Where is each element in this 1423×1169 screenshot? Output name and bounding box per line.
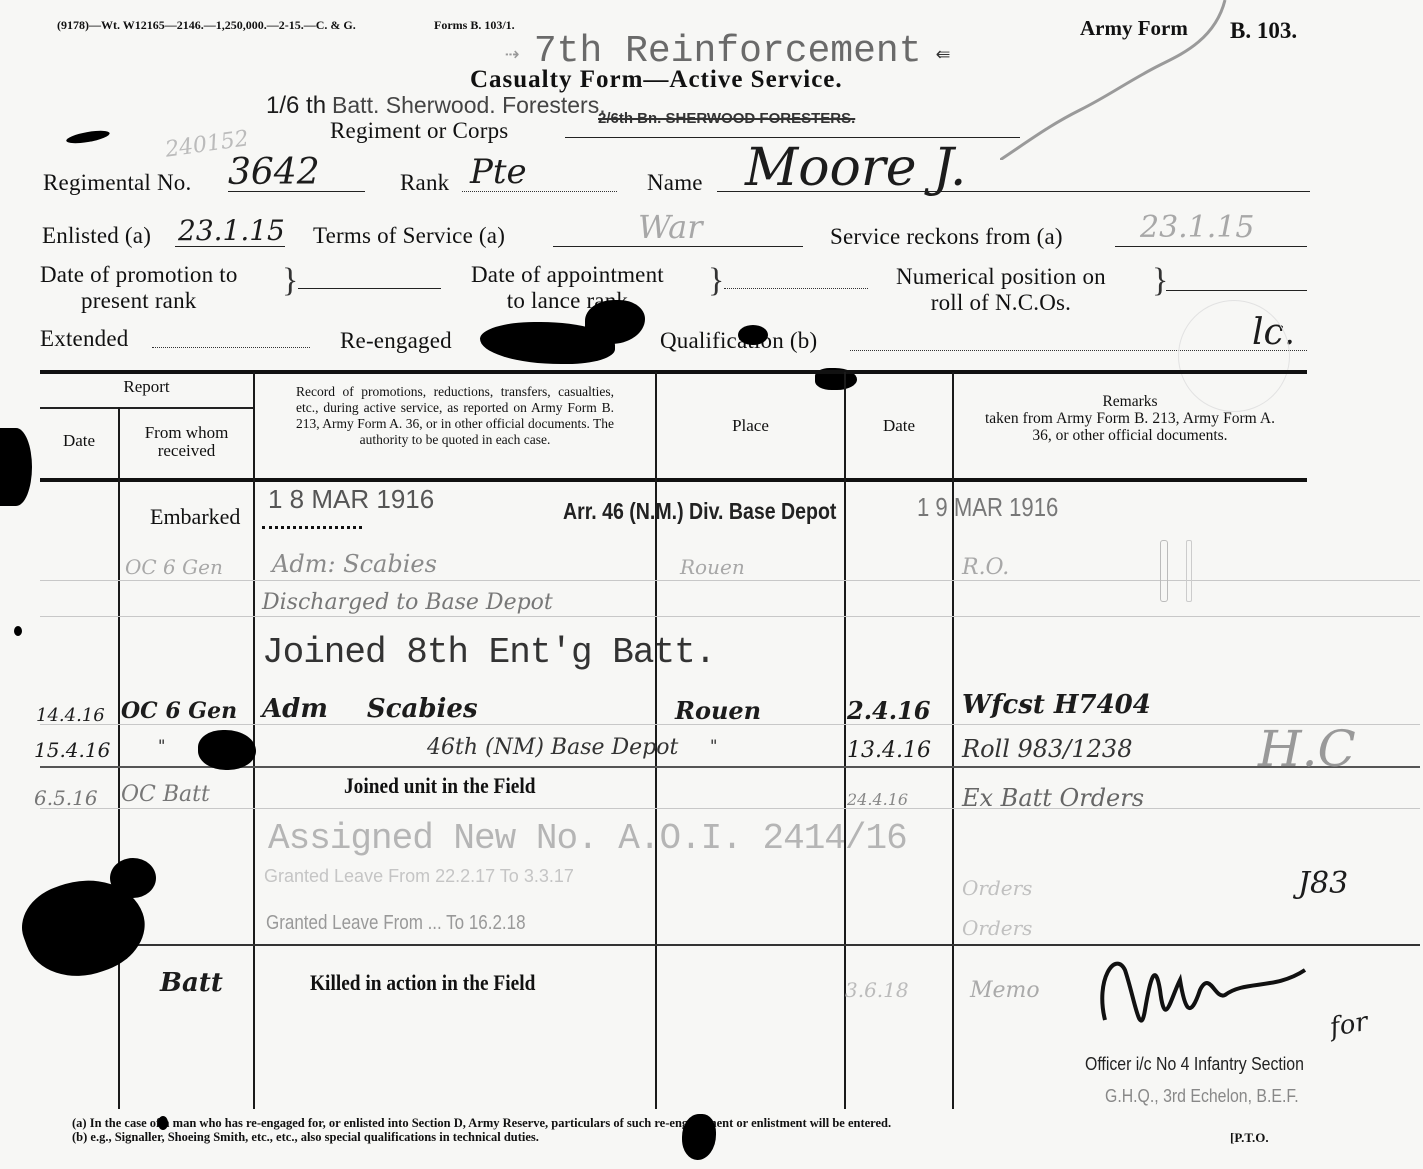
- row-remarks: Memo: [970, 978, 1040, 1003]
- brace: }: [708, 262, 724, 300]
- row-remarks: R.O.: [962, 555, 1009, 580]
- army-form-number: B. 103.: [1230, 18, 1297, 44]
- row-record: Discharged to Base Depot: [262, 590, 553, 615]
- print-reference: (9178)—Wt. W12165—2146.—1,250,000.—2-15.…: [57, 18, 356, 33]
- faded-mark: [1186, 540, 1192, 602]
- row-from: OC Batt: [121, 782, 210, 807]
- row-place: ": [710, 736, 717, 755]
- numerical-label: Numerical position onroll of N.C.Os.: [896, 264, 1106, 316]
- reckons-value: 23.1.15: [1140, 210, 1255, 245]
- row-from: Batt: [160, 968, 223, 998]
- table-header-rule: [40, 478, 1307, 482]
- arrival-date-stamp: 1 9 MAR 1916: [917, 492, 1058, 523]
- row-record-typed: Assigned New No. A.O.I. 2414/16: [268, 818, 907, 859]
- terms-label: Terms of Service (a): [313, 223, 505, 249]
- footnote-a: (a) In the case of a man who has re-enga…: [72, 1116, 891, 1131]
- ink-blot: [738, 325, 768, 345]
- row-place: Rouen: [680, 555, 745, 579]
- rank-label: Rank: [400, 170, 449, 196]
- enlisted-value: 23.1.15: [178, 214, 285, 247]
- header-place: Place: [657, 417, 844, 435]
- ink-blot: [65, 128, 110, 145]
- row-record: Killed in action in the Field: [310, 970, 535, 996]
- row-record: 46th (NM) Base Depot: [427, 735, 678, 760]
- ink-blot: [158, 1116, 168, 1130]
- brace: }: [282, 262, 298, 300]
- header-report: Report: [40, 378, 253, 396]
- form-title: Casualty Form—Active Service.: [470, 66, 843, 94]
- header-from-whom: From whom received: [120, 424, 253, 460]
- regimental-no-value: 3642: [228, 152, 320, 193]
- table-top-rule: [40, 370, 1307, 374]
- row-date-2: 3.6.18: [845, 978, 909, 1002]
- row-date-2: 24.4.16: [847, 790, 908, 809]
- row-remarks: Wfcst H7404: [962, 690, 1151, 720]
- margin-mark-hc: H.C: [1258, 720, 1356, 778]
- header-remarks: Remarks taken from Army Form B. 213, Arm…: [985, 393, 1275, 444]
- row-remarks: Orders: [962, 916, 1032, 940]
- row-date: 14.4.16: [36, 705, 105, 726]
- row-remarks: Ex Batt Orders: [962, 784, 1144, 812]
- margin-mark-initials: J83: [1298, 866, 1348, 901]
- ink-blot: [14, 626, 22, 636]
- header-record: Record of promotions, reductions, transf…: [296, 384, 614, 448]
- reckons-label: Service reckons from (a): [830, 224, 1063, 250]
- row-date: 15.4.16: [34, 738, 110, 762]
- signature-unit: G.H.Q., 3rd Echelon, B.E.F.: [1105, 1086, 1299, 1107]
- ink-blot: [0, 428, 32, 506]
- extended-label: Extended: [40, 326, 128, 352]
- rank-value: Pte: [470, 152, 527, 192]
- row-date-2: 2.4.16: [847, 696, 931, 725]
- ink-blot: [585, 300, 645, 344]
- regimental-no-label: Regimental No.: [43, 170, 191, 196]
- signature-officer: Officer i/c No 4 Infantry Section: [1085, 1054, 1304, 1075]
- row-from: OC 6 Gen: [121, 698, 237, 724]
- row-from: OC 6 Gen: [125, 555, 223, 579]
- promotion-label: Date of promotion topresent rank: [40, 262, 238, 314]
- row-remarks: Roll 983/1238: [962, 735, 1132, 763]
- row-record-typed: Joined 8th Ent'g Batt.: [262, 632, 715, 673]
- brace: }: [1152, 262, 1168, 300]
- battalion-line: 1/6 th Batt. Sherwood. Foresters.: [266, 92, 606, 120]
- name-label: Name: [647, 170, 703, 196]
- paper-tear-mark: [1000, 0, 1240, 160]
- row-date: 6.5.16: [34, 786, 98, 810]
- row-record: Granted Leave From ... To 16.2.18: [266, 912, 526, 935]
- embarked-stamp: 1 8 MAR 1916: [268, 484, 434, 515]
- battalion-handwritten: 1/6 th: [266, 92, 326, 119]
- terms-value: War: [638, 208, 702, 246]
- name-value: Moore J.: [745, 138, 966, 198]
- faded-mark: [1160, 540, 1168, 602]
- ink-blot: [198, 730, 256, 770]
- row-place: Rouen: [675, 696, 761, 725]
- pto-label: [P.T.O.: [1230, 1130, 1269, 1146]
- crossed-out-unit: 2/6th Bn. SHERWOOD FORESTERS.: [598, 110, 855, 127]
- header-date-2: Date: [846, 417, 952, 435]
- row-from: ": [158, 736, 165, 755]
- ink-blot: [682, 1114, 716, 1160]
- footnote-b: (b) e.g., Signaller, Shoeing Smith, etc.…: [72, 1130, 539, 1145]
- row-record: Granted Leave From 22.2.17 To 3.3.17: [264, 866, 574, 887]
- row-record: Adm Scabies: [262, 694, 478, 724]
- forms-reference: Forms B. 103/1.: [434, 18, 515, 33]
- embarked-label: Embarked: [150, 504, 240, 530]
- row-record: Adm: Scabies: [272, 550, 437, 578]
- regiment-label: Regiment or Corps: [330, 118, 508, 144]
- ink-blot: [110, 858, 156, 898]
- row-date-2: 13.4.16: [847, 738, 931, 763]
- arrival-stamp: Arr. 46 (N.M.) Div. Base Depot: [563, 498, 836, 525]
- row-remarks: Orders: [962, 876, 1032, 900]
- row-record: Joined unit in the Field: [344, 773, 535, 799]
- enlisted-label: Enlisted (a): [42, 223, 151, 249]
- battalion-stamp: Batt. Sherwood. Foresters.: [332, 92, 606, 118]
- reengaged-label: Re-engaged: [340, 328, 452, 354]
- header-date: Date: [40, 432, 118, 450]
